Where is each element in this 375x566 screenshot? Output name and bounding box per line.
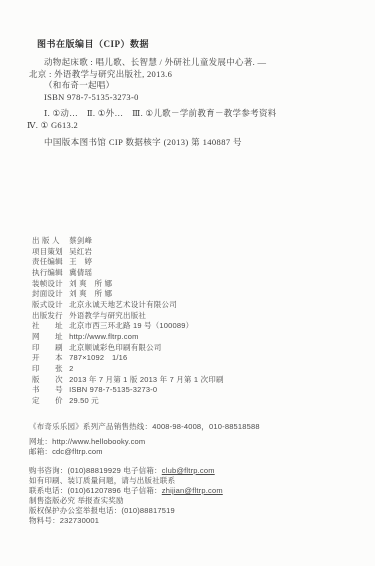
cip-record-number: 中国版本图书馆 CIP 数据核字 (2013) 第 140887 号 xyxy=(44,136,242,148)
cip-catalog-block: 动物起床歌 : 唱儿歌、长智慧 / 外研社儿童发展中心著. — 北京 : 外语教… xyxy=(29,57,359,103)
publication-info-list: 出 版 人 蔡剑峰 项目策划 吴红岩 责任编辑 王 婷 执行编辑 冀倩瑶 装帧设… xyxy=(32,236,352,407)
info-value: 787×1092 1/16 xyxy=(65,353,127,364)
anti-piracy-line: 制售盗版必究 举报查实奖励 xyxy=(29,496,364,506)
sales-website: 网址：http://www.hellobooky.com xyxy=(29,437,359,447)
quality-email-link: zhijian@fltrp.com xyxy=(162,486,223,495)
info-row-executive-editor: 执行编辑 冀倩瑶 xyxy=(32,268,352,279)
info-row-format: 开 本 787×1092 1/16 xyxy=(32,353,352,364)
purchase-inquiry-text: 购书咨询：(010)88819929 电子信箱： xyxy=(29,466,162,475)
info-value: 2013 年 7 月第 1 版 2013 年 7 月第 1 次印刷 xyxy=(65,375,224,386)
cip-isbn-line: ISBN 978-7-5135-3273-0 xyxy=(29,92,359,104)
info-label: 版式设计 xyxy=(32,300,63,311)
info-label: 执行编辑 xyxy=(32,268,63,279)
info-value: 北京顺诚彩色印刷有限公司 xyxy=(65,343,161,354)
info-row-sheets: 印 张 2 xyxy=(32,364,352,375)
sales-email: 邮箱：cdc@fltrp.com xyxy=(29,447,359,457)
quality-issue-line: 如有印刷、装订质量问题，请与出版社联系 xyxy=(29,476,364,486)
info-value: 北京市西三环北路 19 号（100089） xyxy=(65,321,193,332)
info-value: 吴红岩 xyxy=(65,247,92,258)
info-label: 封面设计 xyxy=(32,289,63,300)
purchase-email-link: club@fltrp.com xyxy=(162,466,215,475)
info-value: 2 xyxy=(65,364,73,375)
info-row-price: 定 价 29.50 元 xyxy=(32,396,352,407)
info-row-publisher-person: 出 版 人 蔡剑峰 xyxy=(32,236,352,247)
info-label: 印 刷 xyxy=(32,343,63,354)
info-row-layout-design: 版式设计 北京永诚天地艺术设计有限公司 xyxy=(32,300,352,311)
cip-classification: Ⅰ. ①动… Ⅱ. ①外… Ⅲ. ①儿歌－学前教育－教学参考资料 Ⅳ. ① G6… xyxy=(27,108,367,131)
sales-hotline: 《布奇乐乐园》系列产品销售热线：4008-98-4008，010-8851858… xyxy=(29,422,359,432)
info-row-responsible-editor: 责任编辑 王 婷 xyxy=(32,257,352,268)
info-label: 网 址 xyxy=(32,332,63,343)
info-value: 北京永诚天地艺术设计有限公司 xyxy=(65,300,177,311)
info-value: 刘 爽 所 娜 xyxy=(65,279,112,290)
info-label: 出 版 人 xyxy=(32,236,63,247)
info-row-edition: 版 次 2013 年 7 月第 1 版 2013 年 7 月第 1 次印刷 xyxy=(32,375,352,386)
info-row-book-number: 书 号 ISBN 978-7-5135-3273-0 xyxy=(32,385,352,396)
cip-title-line: 动物起床歌 : 唱儿歌、长智慧 / 外研社儿童发展中心著. — xyxy=(29,57,359,69)
info-row-publisher: 出版发行 外语教学与研究出版社 xyxy=(32,311,352,322)
info-row-printer: 印 刷 北京顺诚彩色印刷有限公司 xyxy=(32,343,352,354)
classification-line-2: Ⅳ. ① G613.2 xyxy=(27,120,367,132)
info-label: 装帧设计 xyxy=(32,279,63,290)
copyright-report-line: 版权保护办公室举报电话：(010)88817519 xyxy=(29,506,364,516)
cip-publisher-line: 北京 : 外语教学与研究出版社, 2013.6 xyxy=(29,69,359,81)
info-label: 版 次 xyxy=(32,375,63,386)
cip-series-line: （和布奇一起唱） xyxy=(29,80,359,92)
info-value: 冀倩瑶 xyxy=(65,268,92,279)
info-label: 定 价 xyxy=(32,396,63,407)
info-value: 29.50 元 xyxy=(65,396,99,407)
info-value: http://www.fltrp.com xyxy=(65,332,138,343)
info-value: ISBN 978-7-5135-3273-0 xyxy=(65,385,157,396)
contact-phone-text: 联系电话：(010)61207896 电子信箱： xyxy=(29,486,162,495)
info-label: 出版发行 xyxy=(32,311,63,322)
info-label: 印 张 xyxy=(32,364,63,375)
classification-line-1: Ⅰ. ①动… Ⅱ. ①外… Ⅲ. ①儿歌－学前教育－教学参考资料 xyxy=(27,108,367,120)
material-number-line: 物料号：232730001 xyxy=(29,516,364,526)
info-value: 蔡剑峰 xyxy=(65,236,92,247)
info-row-cover-design: 封面设计 刘 爽 所 娜 xyxy=(32,289,352,300)
contact-phone-line: 联系电话：(010)61207896 电子信箱：zhijian@fltrp.co… xyxy=(29,486,364,496)
info-value: 刘 爽 所 娜 xyxy=(65,289,112,300)
copyright-page: 图书在版编目（CIP）数据 动物起床歌 : 唱儿歌、长智慧 / 外研社儿童发展中… xyxy=(0,0,375,566)
info-row-project-planner: 项目策划 吴红岩 xyxy=(32,247,352,258)
info-row-address: 社 址 北京市西三环北路 19 号（100089） xyxy=(32,321,352,332)
info-label: 项目策划 xyxy=(32,247,63,258)
info-label: 开 本 xyxy=(32,353,63,364)
info-value: 外语教学与研究出版社 xyxy=(65,311,146,322)
cip-header: 图书在版编目（CIP）数据 xyxy=(37,37,149,50)
purchase-inquiry-line: 购书咨询：(010)88819929 电子信箱：club@fltrp.com xyxy=(29,466,364,476)
info-row-binding-design: 装帧设计 刘 爽 所 娜 xyxy=(32,279,352,290)
contact-block: 购书咨询：(010)88819929 电子信箱：club@fltrp.com 如… xyxy=(29,466,364,526)
info-row-website: 网 址 http://www.fltrp.com xyxy=(32,332,352,343)
sales-block: 《布奇乐乐园》系列产品销售热线：4008-98-4008，010-8851858… xyxy=(29,422,359,457)
info-label: 责任编辑 xyxy=(32,257,63,268)
info-value: 王 婷 xyxy=(65,257,92,268)
info-label: 书 号 xyxy=(32,385,63,396)
info-label: 社 址 xyxy=(32,321,63,332)
